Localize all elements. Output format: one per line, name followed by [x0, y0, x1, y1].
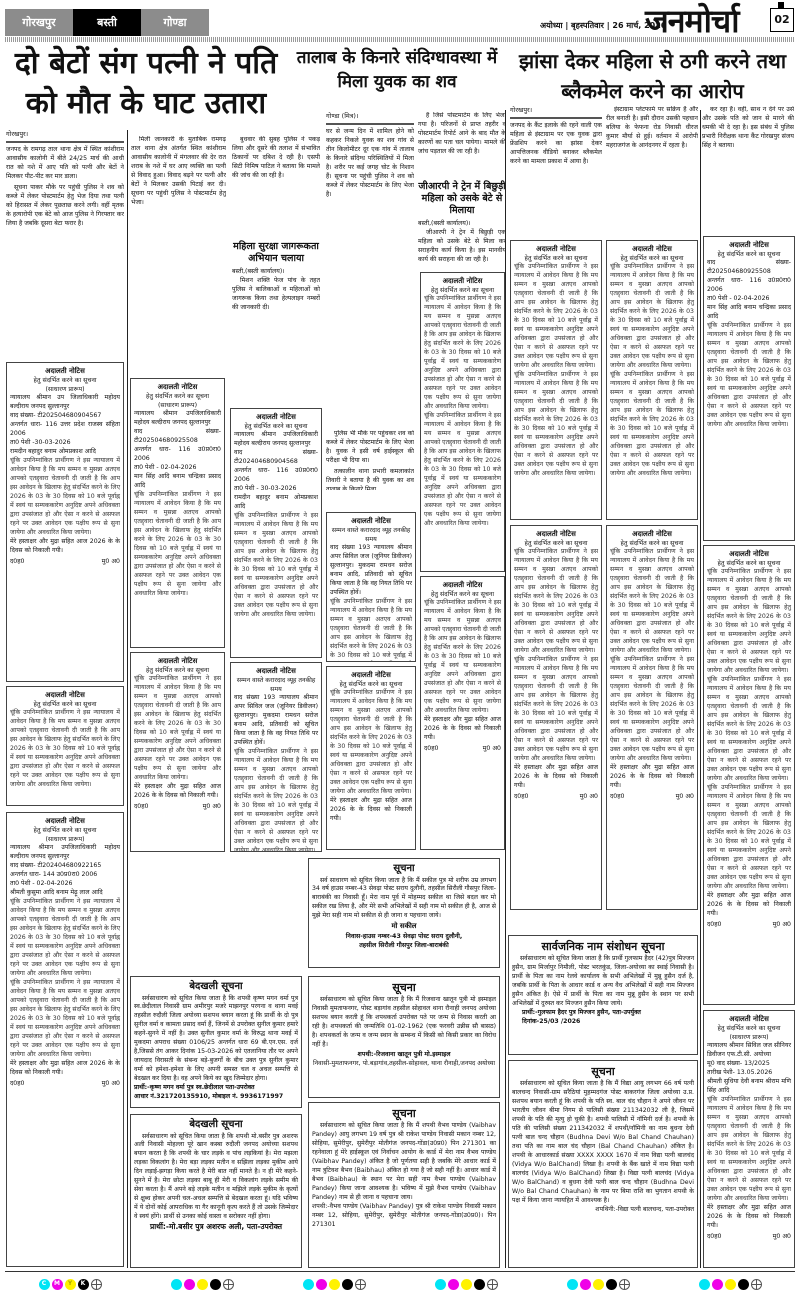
color-group [171, 1279, 234, 1290]
court-notice-8: अदालती नोटिस हेतु संदर्भित करने का सूचना… [326, 666, 416, 850]
story1-col1: गोरखपुर। जनपद के रामगढ़ ताल थाना क्षेत्र… [6, 130, 124, 360]
grp-headline: जीआरपी ने ट्रेन में बिछुड़ी महिला को उसक… [418, 181, 506, 217]
cyan-swatch [303, 1279, 314, 1290]
column-rule [700, 110, 701, 1268]
court-notice-11: अदालती नोटिस हेतु संदर्भित करने का सूचना… [510, 240, 602, 520]
eviction-notice-2: बेदखली सूचना सर्वसाधारण को सूचित किया जा… [130, 1114, 302, 1268]
story3-col3: कर रहा है। वहीं, साथ न देने पर उसे और उस… [702, 106, 794, 206]
black-swatch [738, 1279, 749, 1290]
section-tabs: गोरखपुर बस्ती गोण्डा [5, 9, 209, 36]
cyan-swatch [699, 1279, 710, 1290]
yellow-swatch [329, 1279, 340, 1290]
yellow-swatch: Y [65, 1279, 76, 1290]
court-notice-10: अदालती नोटिस हेतु संदर्भित करने का सूचना… [420, 576, 505, 850]
court-notice-2: अदालती नोटिस हेतु संदर्भित करने का सूचना… [6, 686, 124, 806]
cyan-swatch [171, 1279, 182, 1290]
yellow-swatch [593, 1279, 604, 1290]
print-color-bar: C M Y K [0, 1275, 800, 1293]
story3-col1: गोरखपुर। जनपद के कैंट इलाके की रहने वाली… [510, 106, 602, 236]
tab-gorakhpur[interactable]: गोरखपुर [5, 9, 73, 36]
cyan-swatch: C [39, 1279, 50, 1290]
court-notice-4: अदालती नोटिस हेतु संदर्भित करने का सूचना… [130, 378, 225, 648]
yellow-swatch [461, 1279, 472, 1290]
awareness-story: महिला सुरक्षा जागरूकता अभियान चलाया बस्त… [232, 238, 320, 368]
court-notice-1: अदालती नोटिस हेतु संदर्भित करने का सूचना… [6, 362, 124, 682]
court-notice-16: अदालती नोटिस हेतु संदर्भित करने का सूचना… [703, 545, 795, 1005]
story2-headline: तालाब के किनारे संदिग्धावस्था में मिला य… [292, 46, 502, 94]
court-notice-12: अदालती नोटिस हेतु संदर्भित करने का सूचना… [606, 240, 698, 520]
magenta-swatch [448, 1279, 459, 1290]
registration-mark-icon [487, 1279, 498, 1290]
color-group [303, 1279, 366, 1290]
yellow-swatch [197, 1279, 208, 1290]
black-swatch [210, 1279, 221, 1290]
footer-rule [5, 1271, 795, 1272]
registration-mark-icon [223, 1279, 234, 1290]
color-group [567, 1279, 630, 1290]
name-change-notice: सूचना सर्व साधारण को सूचित किया जाता है … [308, 858, 500, 968]
magenta-swatch: M [52, 1279, 63, 1290]
court-notice-6: अदालती नोटिस हेतु संदर्भित करने का सूचना… [230, 408, 322, 658]
court-notice-17: अदालती नोटिस हेतु संदर्भित करने का सूचना… [703, 1010, 795, 1268]
registration-mark-icon [619, 1279, 630, 1290]
story1-col2: मिली जानकारी के मुताबिक रामगढ़ ताल थाना … [131, 136, 226, 236]
page-number: 02 [770, 8, 794, 32]
awareness-headline: महिला सुरक्षा जागरूकता अभियान चलाया [232, 241, 320, 265]
tab-gonda[interactable]: गोण्डा [141, 9, 209, 36]
column-rule [505, 110, 506, 1268]
header-divider [5, 37, 795, 42]
color-group [435, 1279, 498, 1290]
magenta-swatch [316, 1279, 327, 1290]
vaibhav-name-notice: सूचना सर्वसाधारण को सूचित किया जाता है क… [308, 1102, 500, 1268]
color-group [699, 1279, 762, 1290]
grp-story: जीआरपी ने ट्रेन में बिछुड़ी महिला को उसक… [418, 178, 506, 273]
summons-notice: अदालती नोटिस सम्मन वास्ते करारदाद व्यूह … [326, 512, 416, 662]
black-swatch [474, 1279, 485, 1290]
magenta-swatch [184, 1279, 195, 1290]
court-notice-14: अदालती नोटिस हेतु संदर्भित करने का सूचना… [606, 525, 698, 910]
court-notice-13: अदालती नोटिस हेतु संदर्भित करने का सूचना… [510, 525, 602, 910]
yellow-swatch [725, 1279, 736, 1290]
story2-col2: है जिसे पोस्टमार्टम के लिए भेजा गया है। … [418, 112, 506, 182]
story2-col1: गोण्डा (मित्र)। घर से जन्म दिन में शामिल… [326, 112, 414, 262]
court-notice-7: अदालती नोटिस सम्मन वास्ते करारदाद व्यूह … [230, 662, 322, 852]
story1-dateline: गोरखपुर। [6, 130, 124, 143]
cyan-swatch [435, 1279, 446, 1290]
black-swatch [342, 1279, 353, 1290]
tab-basti[interactable]: बस्ती [73, 9, 141, 36]
story1-headline: दो बेटों संग पत्नी ने पति को मौत के घाट … [6, 44, 286, 124]
dob-notice: सूचना सर्वसाधारण को सूचित किया जाता है क… [308, 976, 500, 1098]
color-group: C M Y K [39, 1279, 102, 1290]
court-notice-3: अदालती नोटिस हेतु संदर्भित करने का सूचना… [6, 812, 124, 1267]
cyan-swatch [567, 1279, 578, 1290]
registration-mark-icon [355, 1279, 366, 1290]
registration-mark-icon [751, 1279, 762, 1290]
masthead-logo: जनमोर्चा [645, 4, 739, 38]
vidya-insurance-notice: सूचना सर्वसाधारण को सूचित किया जाता है क… [508, 1060, 698, 1268]
public-name-correction-notice: सार्वजनिक नाम संशोधन सूचना सर्वसाधारण को… [508, 935, 698, 1055]
court-notice-9: अदालती नोटिस हेतु संदर्भित करने का सूचना… [420, 272, 505, 572]
black-swatch: K [78, 1279, 89, 1290]
magenta-swatch [712, 1279, 723, 1290]
court-notice-5: अदालती नोटिस हेतु संदर्भित करने का सूचना… [130, 652, 225, 852]
story2-more: पुलिस भी मौके पर पहुंचकर शव को कब्जे में… [326, 430, 414, 490]
registration-mark-icon [91, 1279, 102, 1290]
story1-col3: बुधवार की सुबह पुलिस ने पकड़ लिया और दूस… [232, 136, 320, 236]
story3-col2: इंस्टाग्राम प्लेटफार्म पर सक्रिय है और र… [606, 106, 698, 236]
court-notice-15: अदालती नोटिस हेतु संदर्भित करने का सूचना… [703, 236, 795, 541]
magenta-swatch [580, 1279, 591, 1290]
story1-para2: सूचना पाकर मौके पर पहुंची पुलिस ने शव को… [6, 184, 124, 229]
eviction-notice-1: बेदखली सूचना सर्वसाधारण को सूचित किया जा… [130, 976, 302, 1108]
story1-lead: जनपद के रामगढ़ ताल थाना क्षेत्र में स्थि… [6, 146, 124, 182]
story3-headline: झांसा देकर महिला से ठगी करने तथा ब्लैकमे… [510, 46, 795, 106]
column-rule [127, 130, 128, 1268]
black-swatch [606, 1279, 617, 1290]
